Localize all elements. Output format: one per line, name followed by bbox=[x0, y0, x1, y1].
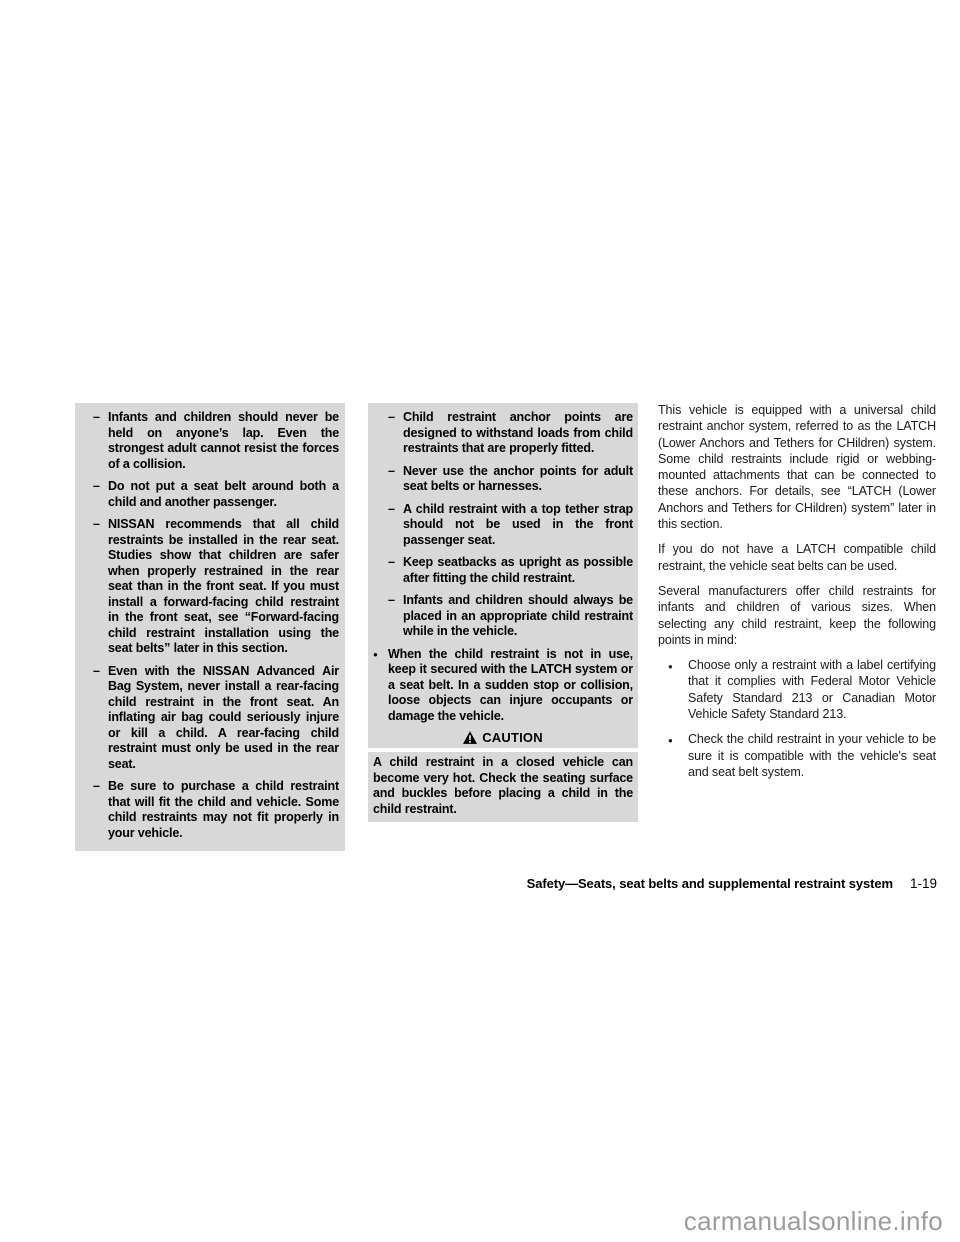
list-item: ● Choose only a restraint with a label c… bbox=[658, 657, 936, 722]
watermark-text: carmanualsonline.info bbox=[684, 1206, 943, 1237]
footer-page-number: 1-19 bbox=[910, 876, 937, 891]
list-item-text: Check the child restraint in your vehicl… bbox=[688, 731, 936, 780]
bullet-marker: ● bbox=[373, 647, 388, 725]
list-item-text: Be sure to purchase a child restraint th… bbox=[108, 779, 339, 841]
list-item-text: Even with the NISSAN Advanced Air Bag Sy… bbox=[108, 664, 339, 773]
dash-marker: – bbox=[388, 593, 403, 640]
paragraph: If you do not have a LATCH compatible ch… bbox=[658, 541, 936, 574]
list-item: ● Check the child restraint in your vehi… bbox=[658, 731, 936, 780]
list-item: – Even with the NISSAN Advanced Air Bag … bbox=[93, 664, 339, 773]
bullet-marker: ● bbox=[658, 731, 688, 780]
list-item: – NISSAN recommends that all child restr… bbox=[93, 517, 339, 657]
list-item: – Child restraint anchor points are desi… bbox=[388, 410, 633, 457]
dash-marker: – bbox=[388, 464, 403, 495]
list-item-text: Never use the anchor points for adult se… bbox=[403, 464, 633, 495]
list-item-text: Infants and children should always be pl… bbox=[403, 593, 633, 640]
warning-triangle-icon bbox=[463, 731, 477, 744]
caution-header: CAUTION bbox=[368, 727, 638, 748]
middle-column-highlight: – Child restraint anchor points are desi… bbox=[368, 403, 638, 733]
footer-section-title: Safety—Seats, seat belts and supplementa… bbox=[527, 876, 893, 891]
list-item-text: Do not put a seat belt around both a chi… bbox=[108, 479, 339, 510]
dash-marker: – bbox=[388, 410, 403, 457]
list-item: – Keep seatbacks as upright as possible … bbox=[388, 555, 633, 586]
caution-body: A child restraint in a closed vehicle ca… bbox=[368, 752, 638, 822]
list-item-text: Child restraint anchor points are design… bbox=[403, 410, 633, 457]
list-item-text: When the child restraint is not in use, … bbox=[388, 647, 633, 725]
bullet-marker: ● bbox=[658, 657, 688, 722]
list-item: – Do not put a seat belt around both a c… bbox=[93, 479, 339, 510]
list-item: – Never use the anchor points for adult … bbox=[388, 464, 633, 495]
page-footer: Safety—Seats, seat belts and supplementa… bbox=[527, 876, 937, 891]
dash-marker: – bbox=[388, 502, 403, 549]
list-item-text: Choose only a restraint with a label cer… bbox=[688, 657, 936, 722]
list-item: – Infants and children should always be … bbox=[388, 593, 633, 640]
list-item-text: Infants and children should never be hel… bbox=[108, 410, 339, 472]
paragraph: This vehicle is equipped with a universa… bbox=[658, 402, 936, 532]
dash-marker: – bbox=[388, 555, 403, 586]
manual-page: – Infants and children should never be h… bbox=[0, 0, 960, 1242]
list-item: – A child restraint with a top tether st… bbox=[388, 502, 633, 549]
dash-marker: – bbox=[93, 664, 108, 773]
right-column: This vehicle is equipped with a universa… bbox=[658, 402, 936, 789]
list-item-text: A child restraint with a top tether stra… bbox=[403, 502, 633, 549]
list-item: – Infants and children should never be h… bbox=[93, 410, 339, 472]
list-item-text: Keep seatbacks as upright as possible af… bbox=[403, 555, 633, 586]
list-item-text: NISSAN recommends that all child restrai… bbox=[108, 517, 339, 657]
paragraph: Several manufacturers offer child restra… bbox=[658, 583, 936, 648]
dash-marker: – bbox=[93, 410, 108, 472]
dash-marker: – bbox=[93, 517, 108, 657]
dash-marker: – bbox=[93, 779, 108, 841]
list-item: ● When the child restraint is not in use… bbox=[373, 647, 633, 725]
left-column-highlight: – Infants and children should never be h… bbox=[75, 403, 345, 851]
list-item: – Be sure to purchase a child restraint … bbox=[93, 779, 339, 841]
dash-marker: – bbox=[93, 479, 108, 510]
caution-title: CAUTION bbox=[482, 730, 543, 745]
